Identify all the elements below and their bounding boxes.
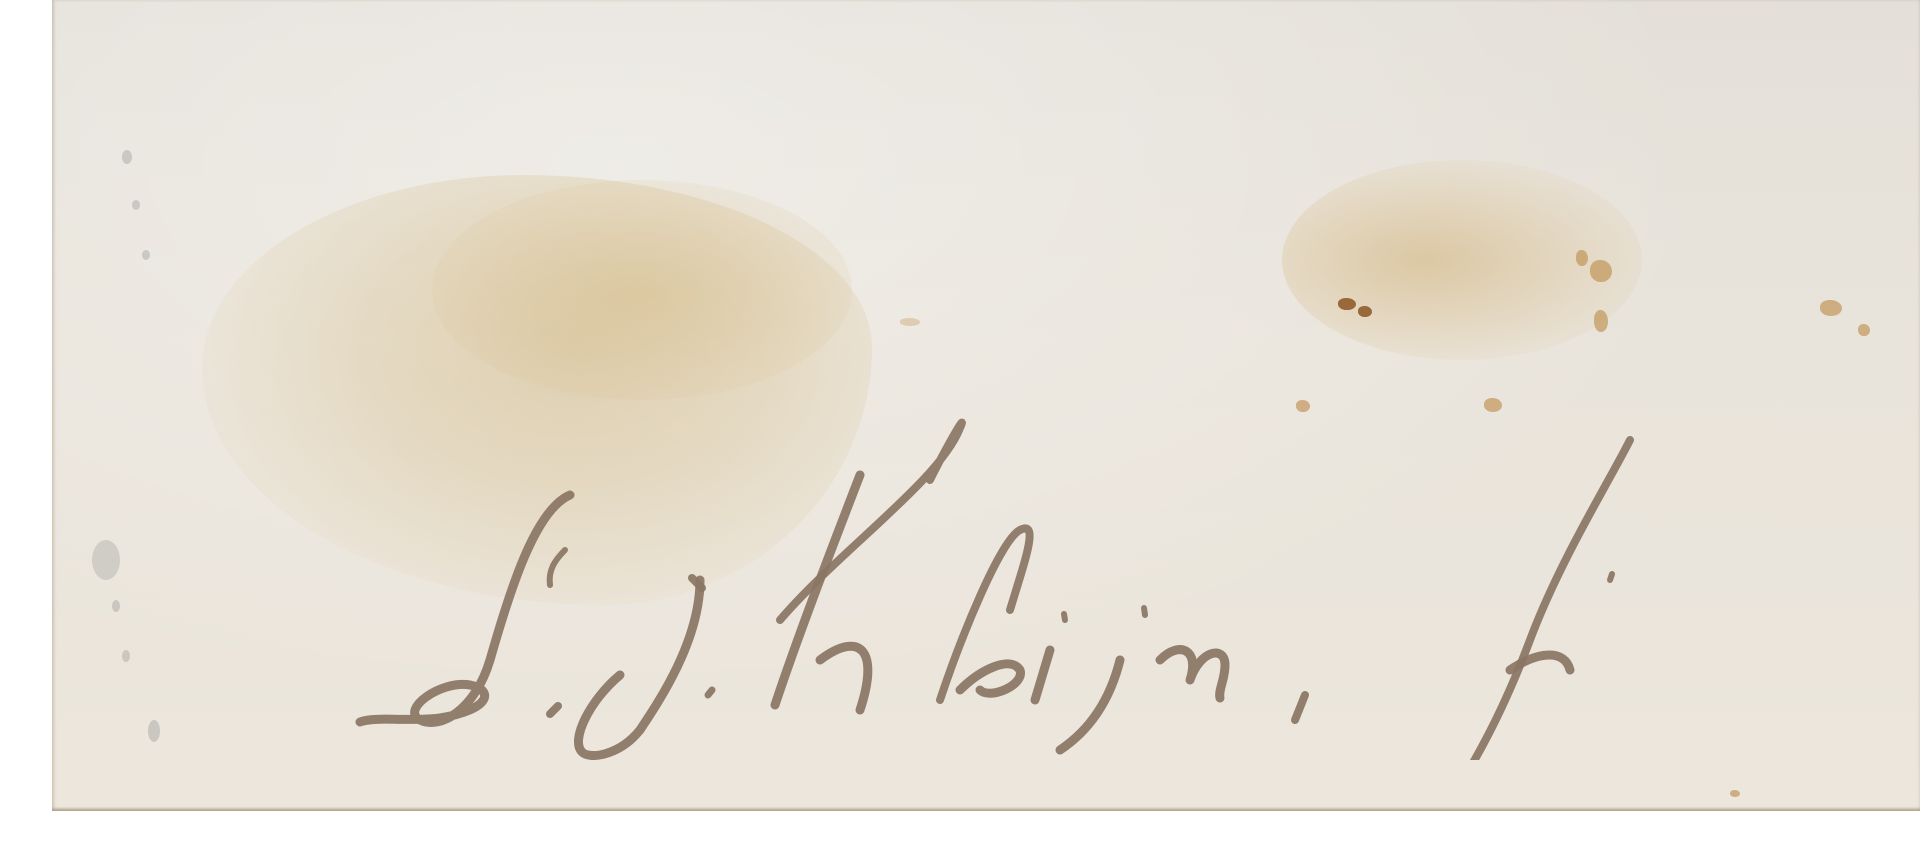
pencil-mark: [132, 200, 140, 210]
foxing-spot: [1576, 250, 1588, 266]
foxing-spot: [1730, 790, 1740, 797]
foxing-spot: [1820, 300, 1842, 316]
pencil-mark: [142, 250, 150, 260]
pencil-mark: [112, 600, 120, 612]
pencil-mark: [122, 150, 132, 164]
foxing-spot: [1338, 298, 1356, 310]
pencil-mark: [92, 540, 120, 580]
foxing-spot: [900, 318, 920, 326]
water-stain-left-core: [432, 180, 852, 400]
signature-text: L. J. Kleijn, f.: [0, 0, 1, 1]
foxing-spot: [1590, 260, 1612, 282]
foxing-spot: [1594, 310, 1608, 332]
foxing-spot: [1358, 306, 1372, 317]
pencil-mark: [122, 650, 130, 662]
water-stain-right: [1282, 160, 1642, 360]
foxing-spot: [1858, 324, 1870, 336]
handwritten-signature: [320, 400, 1640, 760]
photo-stage: L. J. Kleijn, f.: [0, 0, 1920, 863]
pencil-mark: [148, 720, 160, 742]
